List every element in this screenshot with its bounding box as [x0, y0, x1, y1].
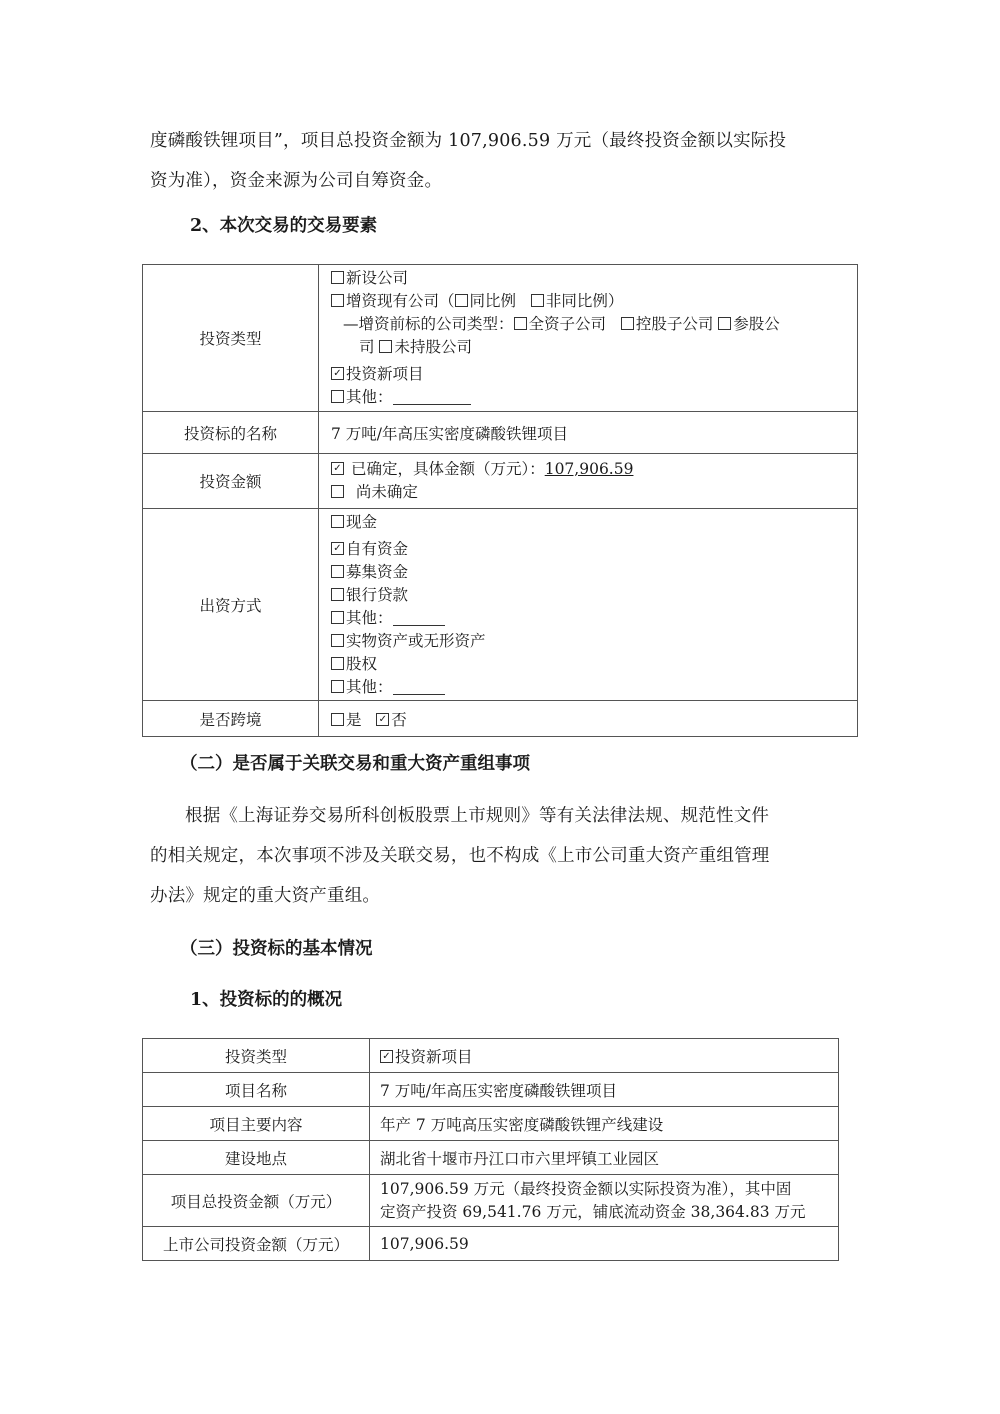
checkbox-icon[interactable]: [621, 317, 634, 330]
checkbox-icon[interactable]: [331, 611, 344, 624]
table-row: 项目主要内容 年产 7 万吨高压实密度磷酸铁锂产线建设: [143, 1107, 839, 1141]
checkbox-icon[interactable]: [331, 390, 344, 403]
funding-method-label: 出资方式: [143, 509, 319, 701]
table-row: 出资方式 现金 自有资金 募集资金 银行贷款 其他： 实物资产或无形资产 股权 …: [143, 509, 858, 701]
checkbox-icon[interactable]: [379, 340, 392, 353]
checkbox-icon[interactable]: [718, 317, 731, 330]
document-page: 度磷酸铁锂项目”，项目总投资金额为 107,906.59 万元（最终投资金额以实…: [0, 0, 1000, 1414]
checkbox-icon[interactable]: [331, 713, 344, 726]
table-row: 项目总投资金额（万元） 107,906.59 万元（最终投资金额以实际投资为准）…: [143, 1175, 839, 1227]
checkbox-icon[interactable]: [331, 657, 344, 670]
table-row: 投资类型 新设公司 增资现有公司（同比例 非同比例） —增资前标的公司类型：全资…: [143, 265, 858, 412]
intro-line-2: 资为准），资金来源为公司自筹资金。: [150, 161, 855, 201]
transaction-elements-table: 投资类型 新设公司 增资现有公司（同比例 非同比例） —增资前标的公司类型：全资…: [142, 264, 858, 737]
table-row: 建设地点 湖北省十堰市丹江口市六里坪镇工业园区: [143, 1141, 839, 1175]
checkbox-icon[interactable]: [331, 634, 344, 647]
table-row: 投资标的名称 7 万吨/年高压实密度磷酸铁锂项目: [143, 412, 858, 454]
checked-checkbox-icon[interactable]: [331, 462, 344, 475]
intro-line-1: 度磷酸铁锂项目”，项目总投资金额为 107,906.59 万元（最终投资金额以实…: [150, 121, 855, 161]
checked-checkbox-icon[interactable]: [380, 1050, 393, 1063]
amount-label: 投资金额: [143, 454, 319, 509]
checked-checkbox-icon[interactable]: [331, 367, 344, 380]
investment-type-label: 投资类型: [143, 265, 319, 412]
table-row: 上市公司投资金额（万元） 107,906.59: [143, 1227, 839, 1261]
funding-method-options: 现金 自有资金 募集资金 银行贷款 其他： 实物资产或无形资产 股权 其他：: [319, 509, 858, 701]
section-san-heading: （三）投资标的基本情况: [180, 937, 373, 961]
investment-type-options: 新设公司 增资现有公司（同比例 非同比例） —增资前标的公司类型：全资子公司 控…: [319, 265, 858, 412]
section-er-heading: （二）是否属于关联交易和重大资产重组事项: [180, 752, 530, 776]
checkbox-icon[interactable]: [331, 565, 344, 578]
blank-line: [393, 680, 445, 695]
table-row: 项目名称 7 万吨/年高压实密度磷酸铁锂项目: [143, 1073, 839, 1107]
amount-options: 已确定，具体金额（万元）：107,906.59 尚未确定: [319, 454, 858, 509]
target-name-value: 7 万吨/年高压实密度磷酸铁锂项目: [319, 412, 858, 454]
section-2-heading: 2、本次交易的交易要素: [190, 214, 377, 238]
blank-line: [393, 390, 471, 405]
checkbox-icon[interactable]: [331, 485, 344, 498]
cross-border-options: 是 否: [319, 701, 858, 737]
checkbox-icon[interactable]: [331, 294, 344, 307]
intro-paragraph: 度磷酸铁锂项目”，项目总投资金额为 107,906.59 万元（最终投资金额以实…: [150, 121, 855, 201]
overview-table: 投资类型 投资新项目 项目名称 7 万吨/年高压实密度磷酸铁锂项目 项目主要内容…: [142, 1038, 839, 1261]
checkbox-icon[interactable]: [514, 317, 527, 330]
amount-value: 107,906.59: [545, 460, 634, 478]
checked-checkbox-icon[interactable]: [331, 542, 344, 555]
checkbox-icon[interactable]: [331, 680, 344, 693]
checkbox-icon[interactable]: [331, 271, 344, 284]
checkbox-icon[interactable]: [455, 294, 468, 307]
table-row: 是否跨境 是 否: [143, 701, 858, 737]
overview-sub-heading: 1、投资标的的概况: [190, 988, 342, 1012]
checked-checkbox-icon[interactable]: [376, 713, 389, 726]
table-row: 投资金额 已确定，具体金额（万元）：107,906.59 尚未确定: [143, 454, 858, 509]
checkbox-icon[interactable]: [331, 588, 344, 601]
target-name-label: 投资标的名称: [143, 412, 319, 454]
section-er-paragraph: 根据《上海证券交易所科创板股票上市规则》等有关法律法规、规范性文件 的相关规定，…: [150, 796, 855, 916]
cross-border-label: 是否跨境: [143, 701, 319, 737]
table-row: 投资类型 投资新项目: [143, 1039, 839, 1073]
checkbox-icon[interactable]: [331, 515, 344, 528]
checkbox-icon[interactable]: [531, 294, 544, 307]
blank-line: [393, 611, 445, 626]
